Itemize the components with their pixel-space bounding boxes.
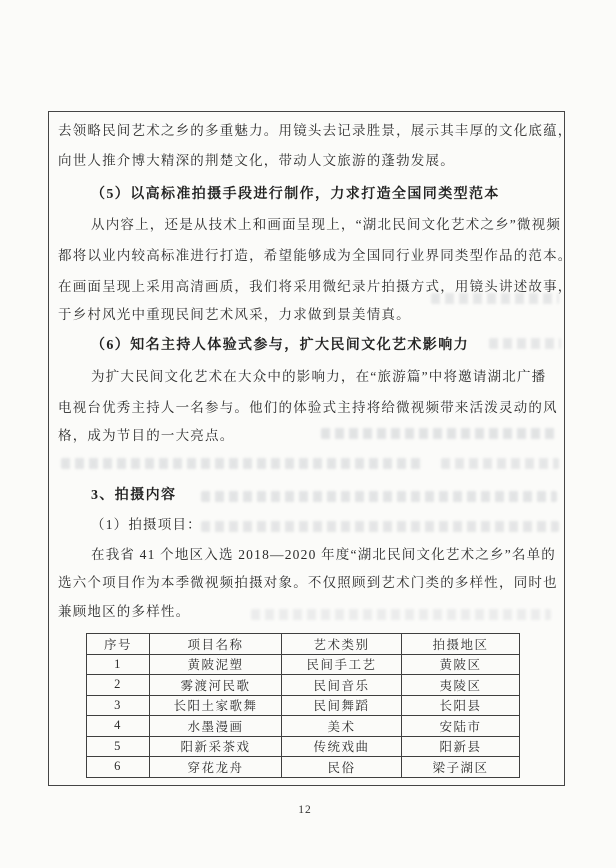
intro-line: 去领略民间艺术之乡的多重魅力。用镜头去记录胜景，展示其丰厚的文化底蕴，	[58, 121, 562, 143]
para5-line: 都将以业内较高标准进行打造，希望能够成为全国同行业界同类型作品的范本。	[58, 246, 562, 268]
table-cell: 梁子湖区	[402, 757, 520, 778]
table-cell: 4	[87, 716, 150, 737]
table-cell: 2	[87, 675, 150, 696]
table-cell: 雾渡河民歌	[150, 675, 282, 696]
content-frame: 去领略民间艺术之乡的多重魅力。用镜头去记录胜景，展示其丰厚的文化底蕴， 向世人推…	[48, 111, 565, 786]
page-number: 12	[0, 804, 610, 816]
table-cell: 民俗	[282, 757, 402, 778]
para-sub1-line: 兼顾地区的多样性。	[58, 602, 562, 624]
table-cell: 穿花龙舟	[150, 757, 282, 778]
sub-1-heading: （1）拍摄项目：	[58, 515, 562, 537]
table-header-cell: 拍摄地区	[402, 634, 520, 655]
para5-line: 于乡村风光中重现民间艺术风采，力求做到景美情真。	[58, 305, 562, 327]
para6-line: 电视台优秀主持人一名参与。他们的体验式主持将给微视频带来活泼灵动的风	[58, 398, 562, 420]
para-sub1-line: 选六个项目作为本季微视频拍摄对象。不仅照顾到艺术门类的多样性，同时也	[58, 573, 562, 595]
document-page: 去领略民间艺术之乡的多重魅力。用镜头去记录胜景，展示其丰厚的文化底蕴， 向世人推…	[0, 0, 616, 868]
table-cell: 阳新采茶戏	[150, 736, 282, 757]
table-header-cell: 序号	[87, 634, 150, 655]
table-cell: 长阳土家歌舞	[150, 695, 282, 716]
table-header-row: 序号 项目名称 艺术类别 拍摄地区	[87, 634, 520, 655]
table-row: 1 黄陂泥塑 民间手工艺 黄陂区	[87, 654, 520, 675]
para5-line: 在画面呈现上采用高清画质，我们将采用微纪录片拍摄方式，用镜头讲述故事，	[58, 277, 562, 299]
table-cell: 3	[87, 695, 150, 716]
para6-line: 为扩大民间文化艺术在大众中的影响力，在“旅游篇”中将邀请湖北广播	[58, 367, 562, 389]
heading-6: （6）知名主持人体验式参与，扩大民间文化艺术影响力	[58, 336, 562, 358]
table-cell: 阳新县	[402, 736, 520, 757]
table-row: 4 水墨漫画 美术 安陆市	[87, 716, 520, 737]
para-sub1-line: 在我省 41 个地区入选 2018—2020 年度“湖北民间文化艺术之乡”名单的	[58, 545, 562, 567]
table-cell: 6	[87, 757, 150, 778]
intro-line: 向世人推介博大精深的荆楚文化，带动人文旅游的蓬勃发展。	[58, 151, 562, 173]
shooting-projects-table: 序号 项目名称 艺术类别 拍摄地区 1 黄陂泥塑 民间手工艺 黄陂区 2 雾渡河…	[86, 633, 520, 778]
table-cell: 安陆市	[402, 716, 520, 737]
table-cell: 民间舞蹈	[282, 695, 402, 716]
table-row: 2 雾渡河民歌 民间音乐 夷陵区	[87, 675, 520, 696]
table-row: 6 穿花龙舟 民俗 梁子湖区	[87, 757, 520, 778]
table-cell: 夷陵区	[402, 675, 520, 696]
para5-line: 从内容上，还是从技术上和画面呈现上，“湖北民间文化艺术之乡”微视频	[58, 215, 562, 237]
table-cell: 黄陂泥塑	[150, 654, 282, 675]
table-cell: 水墨漫画	[150, 716, 282, 737]
table-header-cell: 项目名称	[150, 634, 282, 655]
table-cell: 黄陂区	[402, 654, 520, 675]
heading-5: （5）以高标准拍摄手段进行制作，力求打造全国同类型范本	[58, 185, 562, 207]
section-3-heading: 3、拍摄内容	[58, 486, 562, 508]
table-cell: 长阳县	[402, 695, 520, 716]
table-row: 3 长阳土家歌舞 民间舞蹈 长阳县	[87, 695, 520, 716]
table-cell: 民间手工艺	[282, 654, 402, 675]
table-cell: 美术	[282, 716, 402, 737]
table-cell: 1	[87, 654, 150, 675]
table-header-cell: 艺术类别	[282, 634, 402, 655]
table-cell: 传统戏曲	[282, 736, 402, 757]
para6-line: 格，成为节目的一大亮点。	[58, 426, 562, 448]
table-cell: 民间音乐	[282, 675, 402, 696]
table-row: 5 阳新采茶戏 传统戏曲 阳新县	[87, 736, 520, 757]
bleed-through-artifact	[61, 458, 421, 469]
bleed-through-artifact	[441, 458, 559, 469]
table-cell: 5	[87, 736, 150, 757]
